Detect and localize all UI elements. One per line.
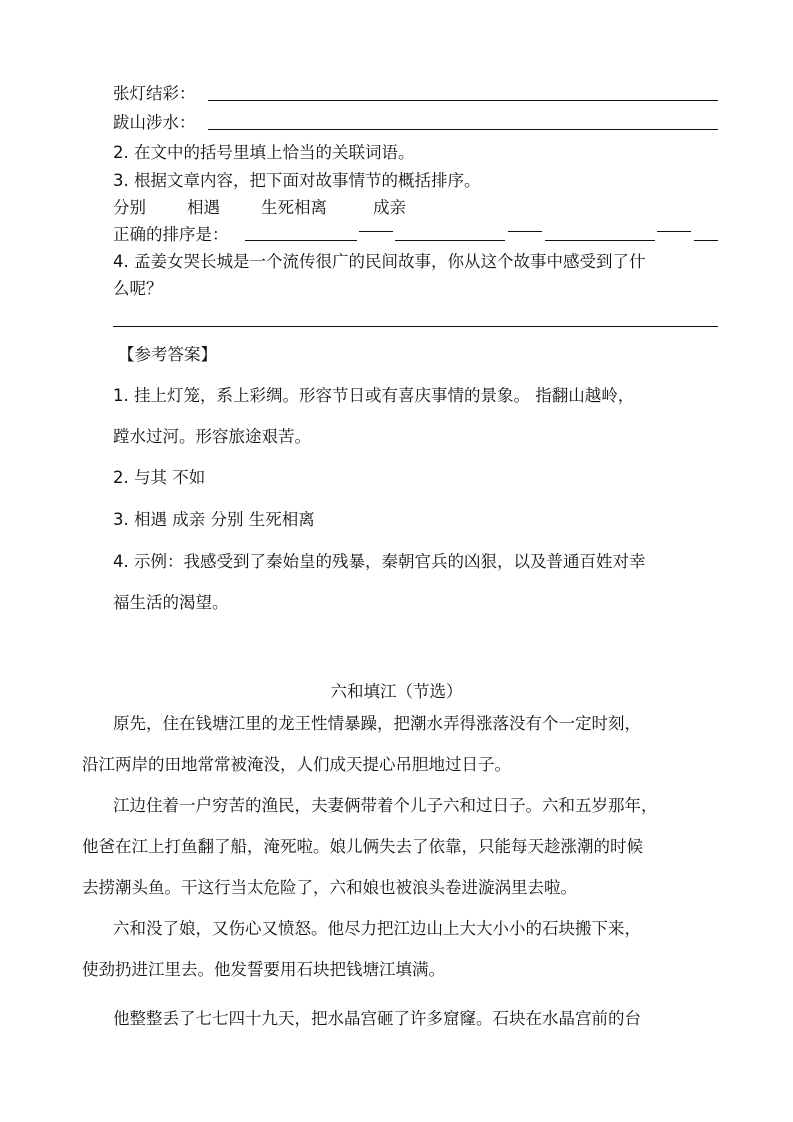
q3-option: 生死相离 <box>261 197 373 219</box>
order-blank-2[interactable] <box>395 240 505 241</box>
passage-p3-line1: 六和没了娘，又伤心又愤怒。他尽力把江边山上大大小小的石块搬下来， <box>113 918 641 940</box>
idiom-label-bashanshesh: 跋山涉水： <box>113 112 196 134</box>
order-blank-1[interactable] <box>245 240 357 241</box>
answer-4-line2: 福生活的渴望。 <box>113 592 229 614</box>
document-page: 张灯结彩： 跋山涉水： 2. 在文中的括号里填上恰当的关联词语。 3. 根据文章… <box>0 0 793 1122</box>
answer-blank-idiom2[interactable] <box>208 129 718 130</box>
order-dash-3 <box>657 231 691 232</box>
idiom-label-zhangdengjiecai: 张灯结彩： <box>113 83 196 105</box>
answer-2: 2. 与其 不如 <box>113 467 205 489</box>
answers-heading: 【参考答案】 <box>118 344 217 366</box>
q3-option: 分别 <box>113 197 187 219</box>
answer-1-line1: 1. 挂上灯笼，系上彩绸。形容节日或有喜庆事情的景象。 指翻山越岭， <box>113 385 634 407</box>
order-blank-3[interactable] <box>545 240 655 241</box>
passage-p2-line2: 他爸在江上打鱼翻了船，淹死啦。娘儿俩失去了依靠，只能每天趁涨潮的时候 <box>82 836 643 858</box>
passage-p3-line2: 使劲扔进江里去。他发誓要用石块把钱塘江填满。 <box>82 959 445 981</box>
answer-blank-q4[interactable] <box>113 326 718 327</box>
passage-p4-line1: 他整整丢了七七四十九天，把水晶宫砸了许多窟窿。石块在水晶宫前的台 <box>113 1008 641 1030</box>
passage-p2-line1: 江边住着一户穷苦的渔民，夫妻俩带着个儿子六和过日子。六和五岁那年， <box>113 795 658 817</box>
passage-title: 六和填江（节选） <box>0 678 793 702</box>
q3-option-list: 分别相遇生死相离成亲 <box>113 197 406 219</box>
order-blank-4[interactable] <box>694 240 718 241</box>
q3-answer-label: 正确的排序是： <box>113 224 229 246</box>
question-4-line2: 么呢？ <box>113 278 163 300</box>
q3-option: 相遇 <box>187 197 261 219</box>
q3-option: 成亲 <box>373 197 406 219</box>
answer-blank-idiom1[interactable] <box>208 100 718 101</box>
question-4-line1: 4. 孟姜女哭长城是一个流传很广的民间故事，你从这个故事中感受到了什 <box>113 251 646 273</box>
passage-p1-line2: 沿江两岸的田地常常被淹没，人们成天提心吊胆地过日子。 <box>82 754 511 776</box>
order-dash-1 <box>359 231 393 232</box>
passage-p1-line1: 原先，住在钱塘江里的龙王性情暴躁，把潮水弄得涨落没有个一定时刻， <box>113 713 641 735</box>
answer-3: 3. 相遇 成亲 分别 生死相离 <box>113 509 315 531</box>
answer-1-line2: 蹚水过河。形容旅途艰苦。 <box>113 426 311 448</box>
answer-4-line1: 4. 示例：我感受到了秦始皇的残暴，秦朝官兵的凶狠，以及普通百姓对幸 <box>113 551 646 573</box>
question-2: 2. 在文中的括号里填上恰当的关联词语。 <box>113 142 415 164</box>
question-3: 3. 根据文章内容，把下面对故事情节的概括排序。 <box>113 170 481 192</box>
passage-p2-line3: 去捞潮头鱼。干这行当太危险了，六和娘也被浪头卷进漩涡里去啦。 <box>82 877 577 899</box>
order-dash-2 <box>508 231 542 232</box>
